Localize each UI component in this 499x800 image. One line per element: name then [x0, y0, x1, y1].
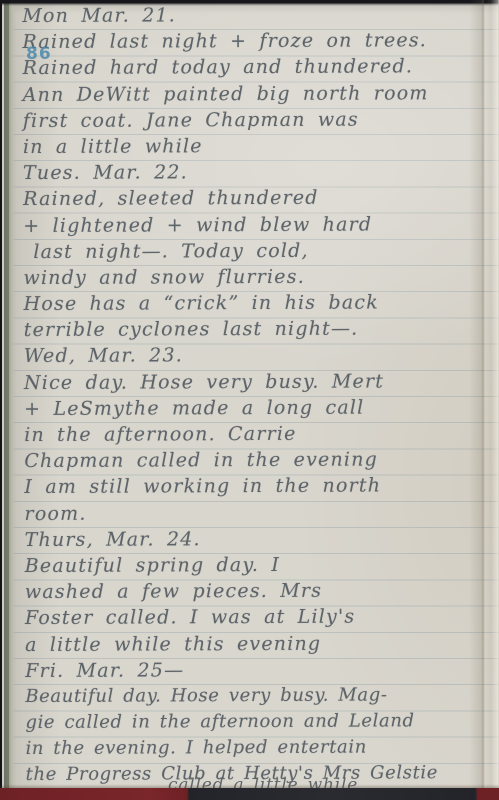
journal-line-date: Fri. Mar. 25— — [25, 656, 492, 684]
journal-line: in a little while — [23, 132, 490, 160]
journal-line: in the evening. I helped entertain — [25, 734, 492, 762]
journal-line: terrible cyclones last night—. — [24, 315, 491, 343]
journal-line: Hose has a “crick” in his back — [24, 289, 491, 317]
journal-line-date: Tues. Mar. 22. — [23, 158, 490, 186]
journal-line: last night—. Today cold, — [23, 237, 490, 265]
journal-line: a little while this evening — [25, 629, 492, 657]
journal-line: I am still working in the north — [24, 472, 491, 500]
journal-line: Beautiful day. Hose very busy. Mag- — [25, 682, 492, 710]
journal-line-date: Wed, Mar. 23. — [24, 341, 491, 369]
journal-line: Chapman called in the evening — [24, 446, 491, 474]
journal-line: first coat. Jane Chapman was — [23, 106, 490, 134]
journal-line: Nice day. Hose very busy. Mert — [24, 368, 491, 396]
book-binding-left — [0, 0, 16, 800]
journal-line: in the afternoon. Carrie — [24, 420, 491, 448]
journal-line: Rained, sleeted thundered — [23, 184, 490, 212]
handwritten-text: Mon Mar. 21. Rained last night + froze o… — [22, 1, 492, 789]
journal-line: washed a few pieces. Mrs — [25, 577, 492, 605]
journal-line: room. — [24, 499, 491, 527]
book-edge-top — [0, 0, 499, 6]
book-cover-bottom — [0, 788, 499, 800]
scanned-journal-page: Mon Mar. 21. Rained last night + froze o… — [0, 0, 499, 800]
journal-line-date: Thurs, Mar. 24. — [25, 525, 492, 553]
journal-line: + LeSmythe made a long call — [24, 394, 491, 422]
journal-line: Rained hard today and thundered. — [23, 53, 490, 81]
journal-line: Foster called. I was at Lily's — [25, 603, 492, 631]
journal-line: Rained last night + froze on trees. — [22, 27, 489, 55]
journal-line: gie called in the afternoon and Leland — [25, 708, 492, 736]
journal-line: Ann DeWitt painted big north room — [23, 80, 490, 108]
journal-line: + lightened + wind blew hard — [23, 210, 490, 238]
page-number-stamp: 86 — [26, 44, 52, 64]
journal-line: Beautiful spring day. I — [25, 551, 492, 579]
journal-line: windy and snow flurries. — [23, 263, 490, 291]
